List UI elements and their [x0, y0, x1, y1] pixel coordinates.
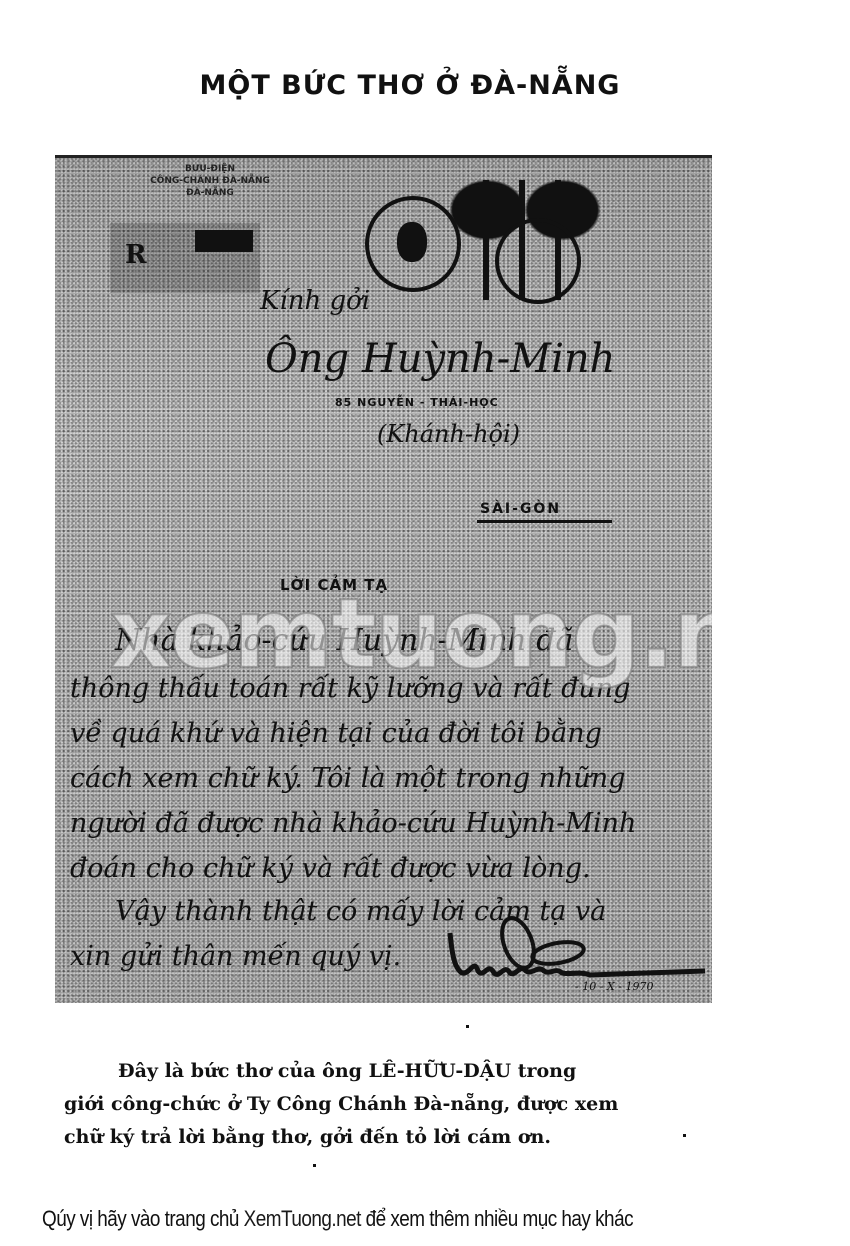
handwritten-line: đoán cho chữ ký và rất được vừa lòng.	[70, 853, 591, 884]
letter-envelope-photo: BƯU-ĐIỆN CÔNG-CHÁNH ĐÀ-NẴNG ĐÀ-NẴNG R Kí…	[55, 155, 712, 1003]
handwritten-line: về quá khứ và hiện tại của đời tôi bằng	[70, 718, 602, 749]
footer-site-link[interactable]: XemTuong.net	[244, 1206, 361, 1231]
signature-date: - 10 - X - 1970	[575, 980, 653, 993]
caption-line: giới công-chức ở Ty Công Chánh Đà-nẵng, …	[64, 1088, 703, 1121]
city-underline	[477, 520, 612, 523]
print-speck	[466, 1025, 469, 1028]
address-street: 85 NGUYỄN - THÁI-HỌC	[335, 396, 499, 409]
caption-line: chữ ký trả lời bằng thơ, gởi đến tỏ lời …	[64, 1121, 703, 1154]
sender-stamp: BƯU-ĐIỆN CÔNG-CHÁNH ĐÀ-NẴNG ĐÀ-NẴNG	[145, 163, 275, 199]
salutation: Kính gởi	[260, 286, 370, 316]
handwritten-line: cách xem chữ ký. Tôi là một trong những	[70, 763, 625, 794]
caption: Đây là bức thơ của ông LÊ-HỮU-DẬU trong …	[118, 1055, 703, 1154]
recipient-name: Ông Huỳnh-Minh	[265, 336, 615, 382]
sender-stamp-line: BƯU-ĐIỆN	[145, 163, 275, 175]
sender-stamp-line: ĐÀ-NẴNG	[145, 187, 275, 199]
postmark-icon	[365, 196, 461, 292]
footer-prefix: Qúy vị hãy vào trang chủ	[42, 1206, 244, 1231]
postmark-icon	[495, 218, 581, 304]
footer-notice: Qúy vị hãy vào trang chủ XemTuong.net để…	[42, 1206, 633, 1232]
handwritten-line: người đã được nhà khảo-cứu Huỳnh-Minh	[70, 808, 636, 839]
watermark: xemtuong.net	[110, 578, 712, 690]
footer-suffix: để xem thêm nhiều mục hay khác	[361, 1206, 633, 1231]
address-district: (Khánh-hội)	[377, 420, 520, 448]
registered-mark: R	[125, 240, 147, 270]
handwritten-line: xin gửi thân mến quý vị.	[70, 941, 401, 972]
sender-stamp-line: CÔNG-CHÁNH ĐÀ-NẴNG	[145, 175, 275, 187]
city: SÀI-GÒN	[480, 501, 561, 517]
caption-line: Đây là bức thơ của ông LÊ-HỮU-DẬU trong	[118, 1055, 703, 1088]
print-speck	[313, 1164, 316, 1167]
postmark-center	[397, 222, 427, 262]
registered-label-bar	[195, 230, 253, 252]
page-title: MỘT BỨC THƠ Ở ĐÀ-NẴNG	[0, 70, 820, 101]
